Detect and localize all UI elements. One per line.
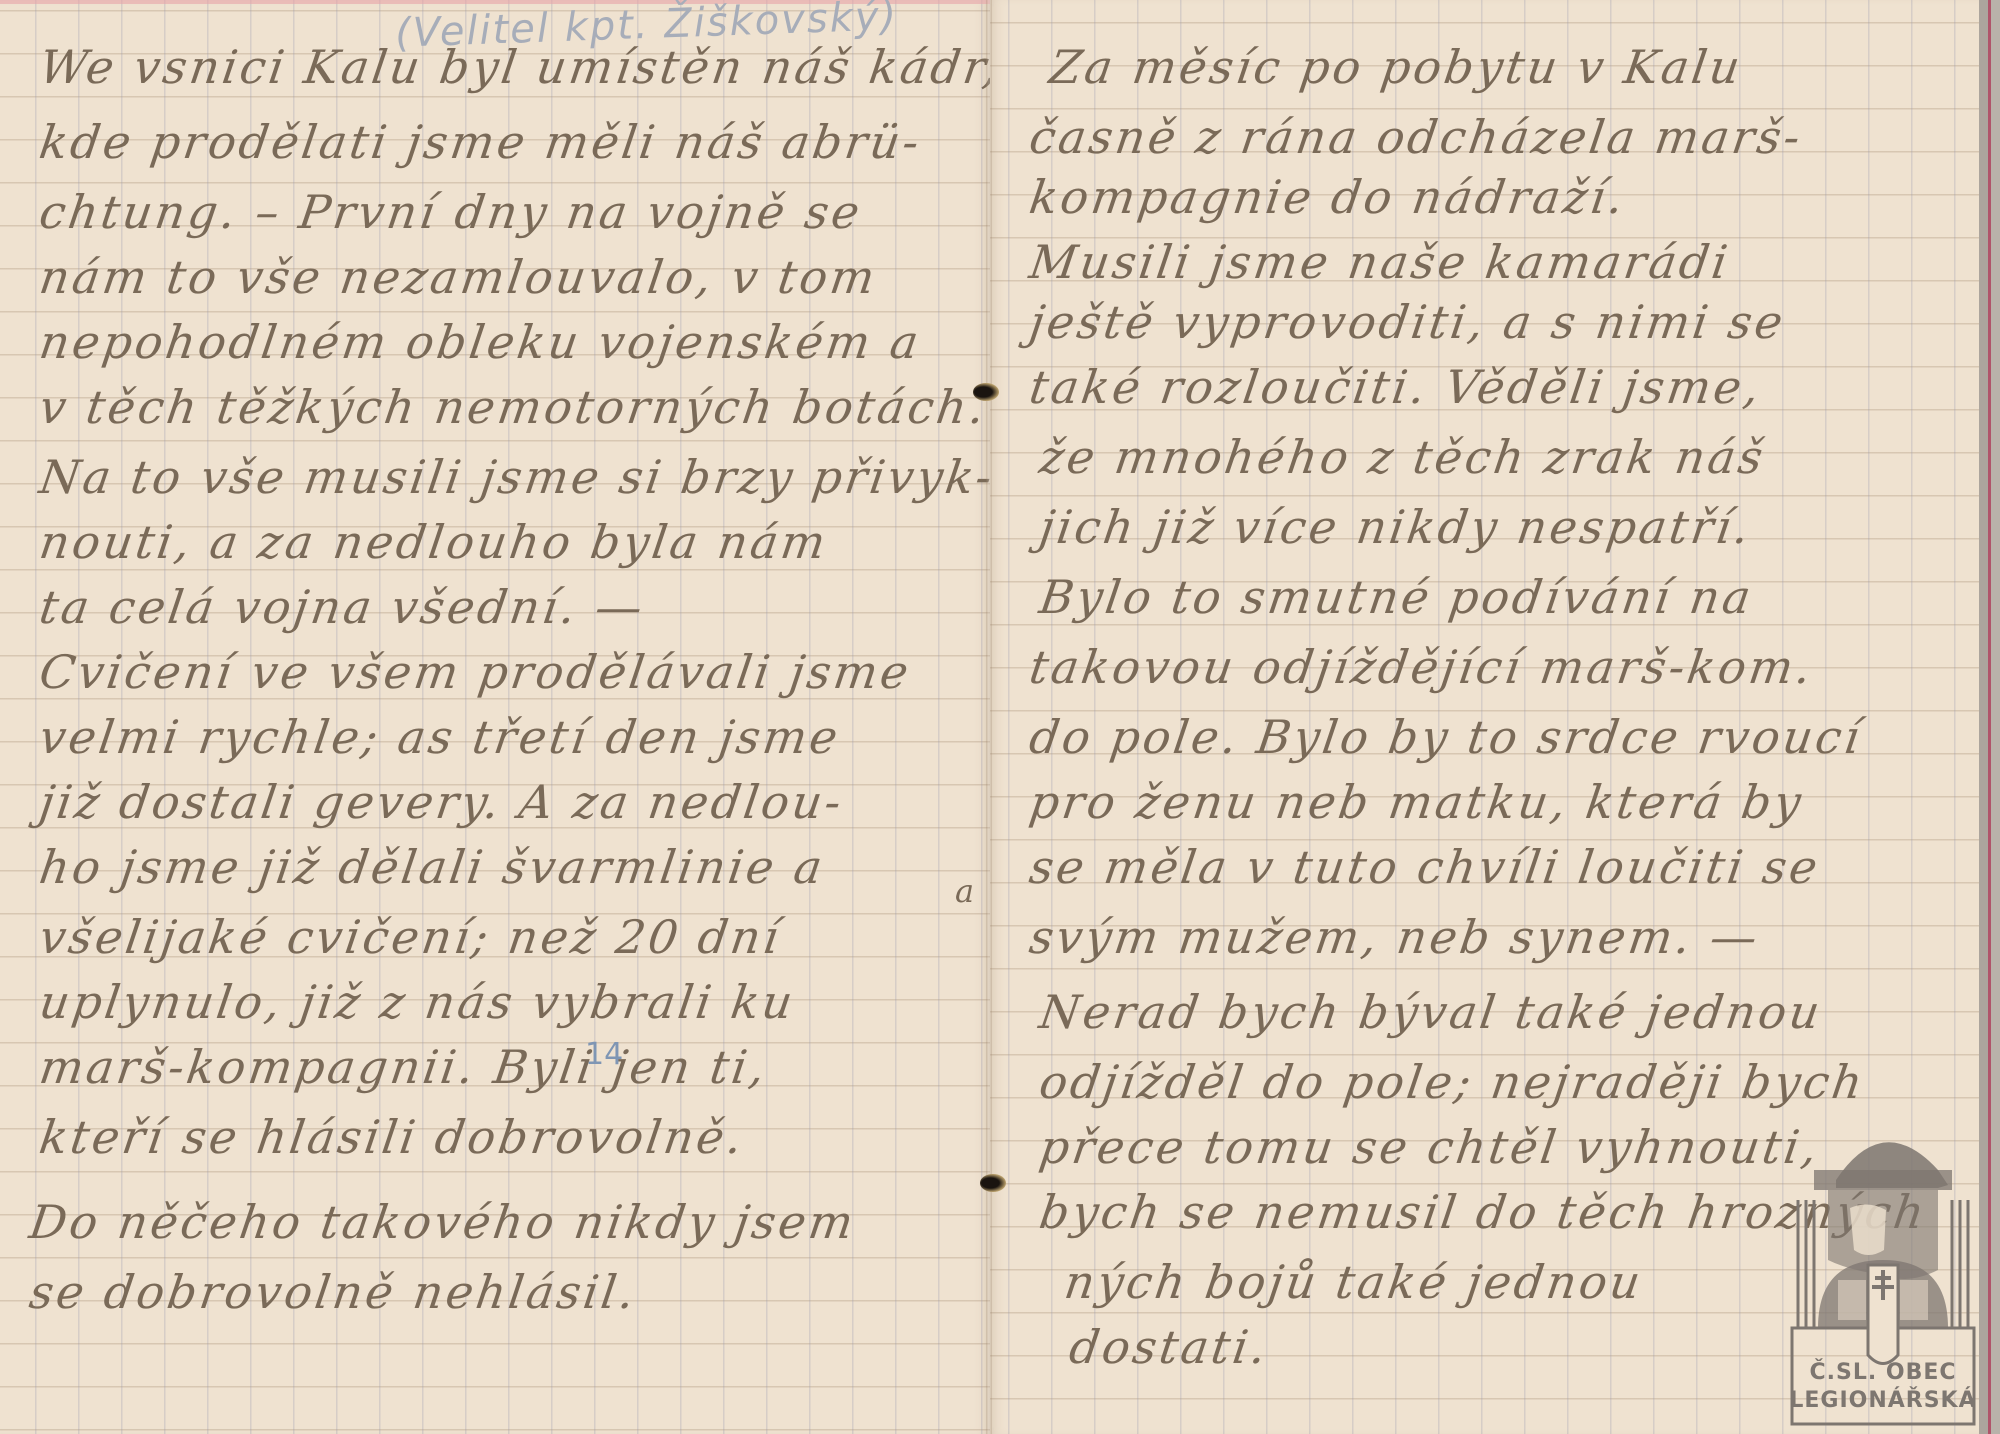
- handwritten-line: také rozloučiti. Věděli jsme,: [1026, 360, 1765, 414]
- binding-hole: [980, 1174, 1006, 1192]
- handwritten-line: všelijaké cvičení; než 20 dní: [36, 910, 785, 964]
- handwritten-line: časně z rána odcházela marš-: [1026, 110, 1806, 164]
- binding-hole: [973, 383, 999, 401]
- handwritten-line: velmi rychle; as třetí den jsme: [36, 710, 844, 764]
- handwritten-line: kompagnie do nádraží.: [1026, 170, 1630, 224]
- handwritten-line: kde prodělati jsme měli náš abrü-: [36, 115, 925, 169]
- handwritten-line: odjížděl do pole; nejraději bych: [1036, 1055, 1869, 1109]
- handwritten-line: přece tomu se chtěl vyhnouti,: [1036, 1120, 1823, 1174]
- margin-mark: a: [955, 872, 974, 910]
- handwritten-line: chtung. – První dny na vojně se: [36, 185, 866, 239]
- handwritten-line: že mnohého z těch zrak náš: [1036, 430, 1769, 484]
- handwritten-line: nepohodlném obleku vojenském a: [36, 315, 925, 369]
- handwritten-line: Bylo to smutné podívání na: [1036, 570, 1757, 624]
- handwritten-line: takovou odjíždějící marš-kom.: [1026, 640, 1817, 694]
- handwritten-line: se dobrovolně nehlásil.: [26, 1265, 640, 1319]
- handwritten-line: ta celá vojna všední. —: [36, 580, 648, 634]
- handwritten-line: již dostali gevery. A za nedlou-: [36, 775, 847, 829]
- handwritten-line: Cvičení ve všem prodělávali jsme: [36, 645, 914, 699]
- watermark-text-line2: LEGIONÁŘSKÁ: [1788, 1388, 1978, 1413]
- handwritten-line: Na to vše musili jsme si brzy přivyk-: [36, 450, 998, 504]
- handwritten-line: Za měsíc po pobytu v Kalu: [1046, 40, 1746, 94]
- handwritten-line: ještě vyprovoditi, a s nimi se: [1026, 295, 1789, 349]
- handwritten-line: nám to vše nezamlouvalo, v tom: [36, 250, 881, 304]
- handwritten-line: kteří se hlásili dobrovolně.: [36, 1110, 748, 1164]
- handwritten-line: uplynulo, již z nás vybrali ku: [36, 975, 799, 1029]
- watermark-logo: Č.SL. OBEC LEGIONÁŘSKÁ: [1788, 1110, 1978, 1428]
- handwritten-line: Do něčeho takového nikdy jsem: [26, 1195, 859, 1249]
- handwritten-line: dostati.: [1066, 1320, 1272, 1374]
- handwritten-line: do pole. Bylo by to srdce rvoucí: [1026, 710, 1866, 764]
- handwritten-line: v těch těžkých nemotorných botách.: [36, 380, 991, 434]
- handwritten-line: Nerad bych býval také jednou: [1036, 985, 1826, 1039]
- notebook-spread: (Velitel kpt. Žiškovský) We vsnici Kalu …: [0, 0, 2000, 1434]
- handwritten-line: svým mužem, neb synem. —: [1026, 910, 1763, 964]
- handwritten-line: nouti, a za nedlouho byla nám: [36, 515, 831, 569]
- page-edge: [1979, 0, 1988, 1434]
- binding-fold: [986, 0, 992, 1434]
- watermark-text-line1: Č.SL. OBEC: [1788, 1360, 1978, 1385]
- handwritten-line: ho jsme již dělali švarmlinie a: [36, 840, 828, 894]
- handwritten-line: We vsnici Kalu byl umístěn náš kádr,: [36, 40, 1005, 94]
- handwritten-line: pro ženu neb matku, která by: [1026, 775, 1807, 829]
- handwritten-line: se měla v tuto chvíli loučiti se: [1026, 840, 1823, 894]
- left-page: (Velitel kpt. Žiškovský) We vsnici Kalu …: [0, 0, 990, 1434]
- blue-pencil-number: 14: [585, 1037, 623, 1072]
- handwritten-line: jich již více nikdy nespatří.: [1036, 500, 1755, 554]
- handwritten-line: Musili jsme naše kamarádi: [1026, 235, 1733, 289]
- handwritten-line: ných bojů také jednou: [1061, 1255, 1646, 1309]
- handwritten-line: marš-kompagnii. Byli jen ti,: [36, 1040, 771, 1094]
